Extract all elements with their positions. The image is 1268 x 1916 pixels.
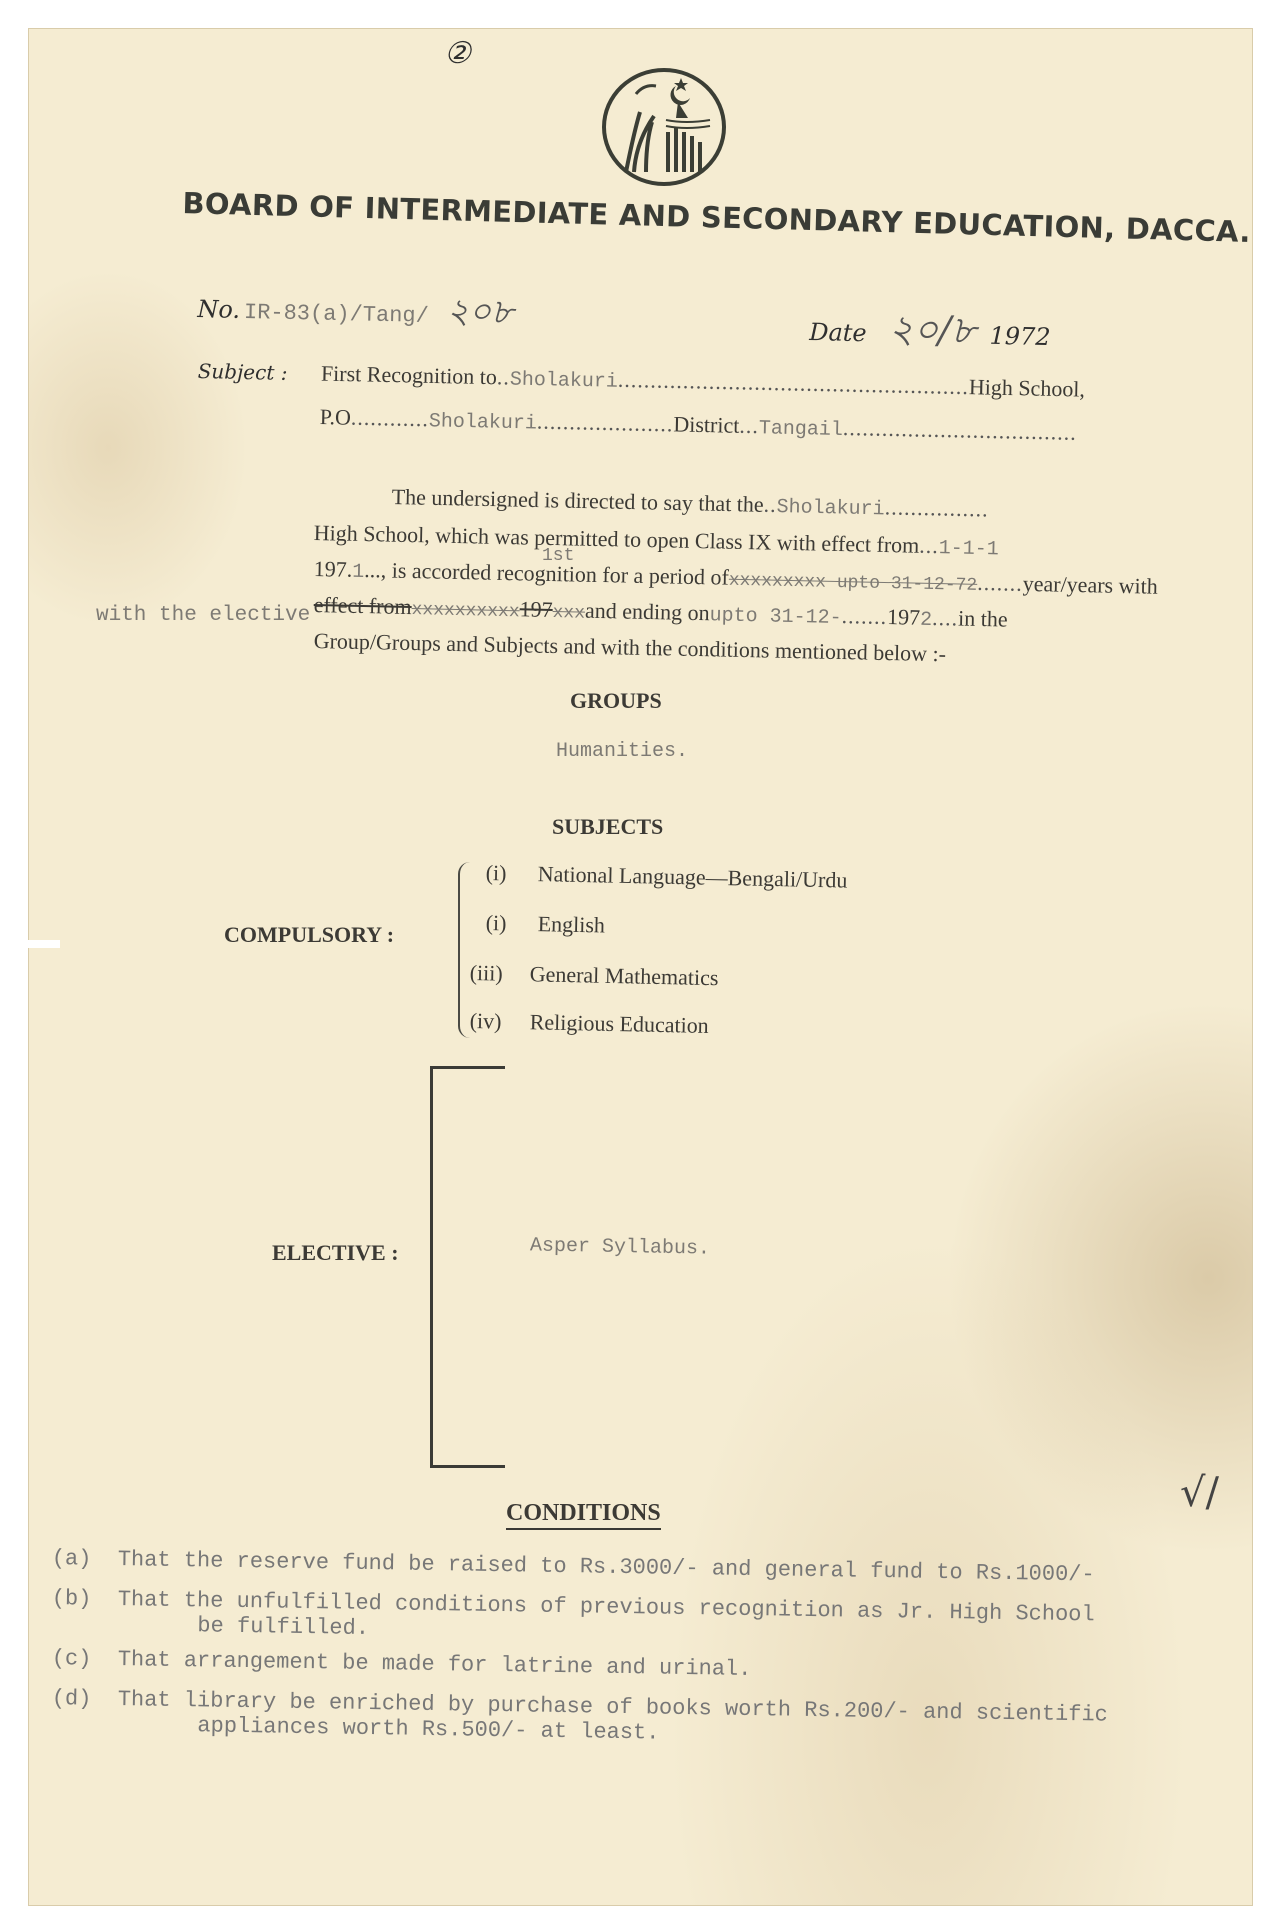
condition-label: (a) [52,1546,118,1572]
subject-suffix: High School, [969,374,1086,401]
item-number: (i) [485,910,538,937]
reference-label: No. [197,295,240,324]
po-value: Sholakuri [429,410,537,435]
struck-year: 197 [519,596,553,622]
permit-date: 1-1-1 [939,537,999,561]
subjects-heading: SUBJECTS [552,814,663,840]
compulsory-item: (iii)General Mathematics [469,960,718,991]
groups-heading: GROUPS [570,688,662,714]
page-number-mark: ② [444,36,471,71]
body-text: year/years with [1022,571,1157,599]
school-name: Sholakuri [510,369,618,394]
date-label: Date [809,318,867,347]
compulsory-item: (i)English [485,910,605,938]
condition-label: (d) [52,1686,118,1712]
date-day-month: ২০/৮ [888,307,976,353]
end-year: 197 [887,604,921,630]
margin-typed-elective: with the elective [96,604,310,627]
item-name: National Language—Bengali/Urdu [537,861,847,892]
district-label: District [673,411,740,437]
item-number: (iv) [469,1008,530,1035]
compulsory-label: COMPULSORY : [224,922,394,948]
year-prefix: 197. [313,556,352,582]
end-year-digit: 2 [920,609,932,632]
reference-typed: IR-83(a)/Tang/ [244,300,429,329]
district-value: Tangail [759,417,843,442]
po-label: P.O [319,404,351,430]
check-mark: √/ [1180,1470,1219,1516]
item-name: General Mathematics [529,961,718,990]
compulsory-brace [458,862,470,1038]
superscript-1st: 1st [542,546,574,566]
school-name-repeat: Sholakuri [776,496,884,521]
item-number: (iii) [469,960,530,987]
date-year: 1972 [989,322,1051,351]
body-text: in the [958,605,1008,631]
elective-bracket [430,1066,505,1468]
condition-label: (b) [52,1586,118,1612]
compulsory-item: (iv)Religious Education [469,1008,709,1039]
subject-label: Subject : [197,359,287,385]
struck-x2: xxx [552,603,585,624]
paper-tear [0,940,60,948]
condition-label: (c) [52,1646,118,1672]
item-name: Religious Education [529,1009,709,1038]
conditions-heading: CONDITIONS [506,1500,661,1530]
end-date: upto 31-12- [709,604,841,630]
item-name: English [537,911,605,937]
elective-label: ELECTIVE : [272,1240,399,1266]
date-field: Date ২০/৮ 1972 [809,298,1052,367]
reference-number: No. IR-83(a)/Tang/ ২০৮ [197,280,514,344]
government-seal-icon [602,68,726,186]
groups-value: Humanities. [556,740,688,763]
item-number: (i) [485,860,538,887]
subject-prefix: First Recognition to [321,361,497,390]
year-digit: 1 [352,561,364,584]
body-text: and ending on [585,598,710,626]
struck-x: xxxxxxxxxx [411,600,519,622]
elective-value: Asper Syllabus. [530,1234,710,1260]
struck-period: xxxxxxxxx upto 31-12-72 [729,571,978,596]
struck-effect-from: effect from [313,592,411,619]
reference-handwritten: ২০৮ [446,291,513,332]
